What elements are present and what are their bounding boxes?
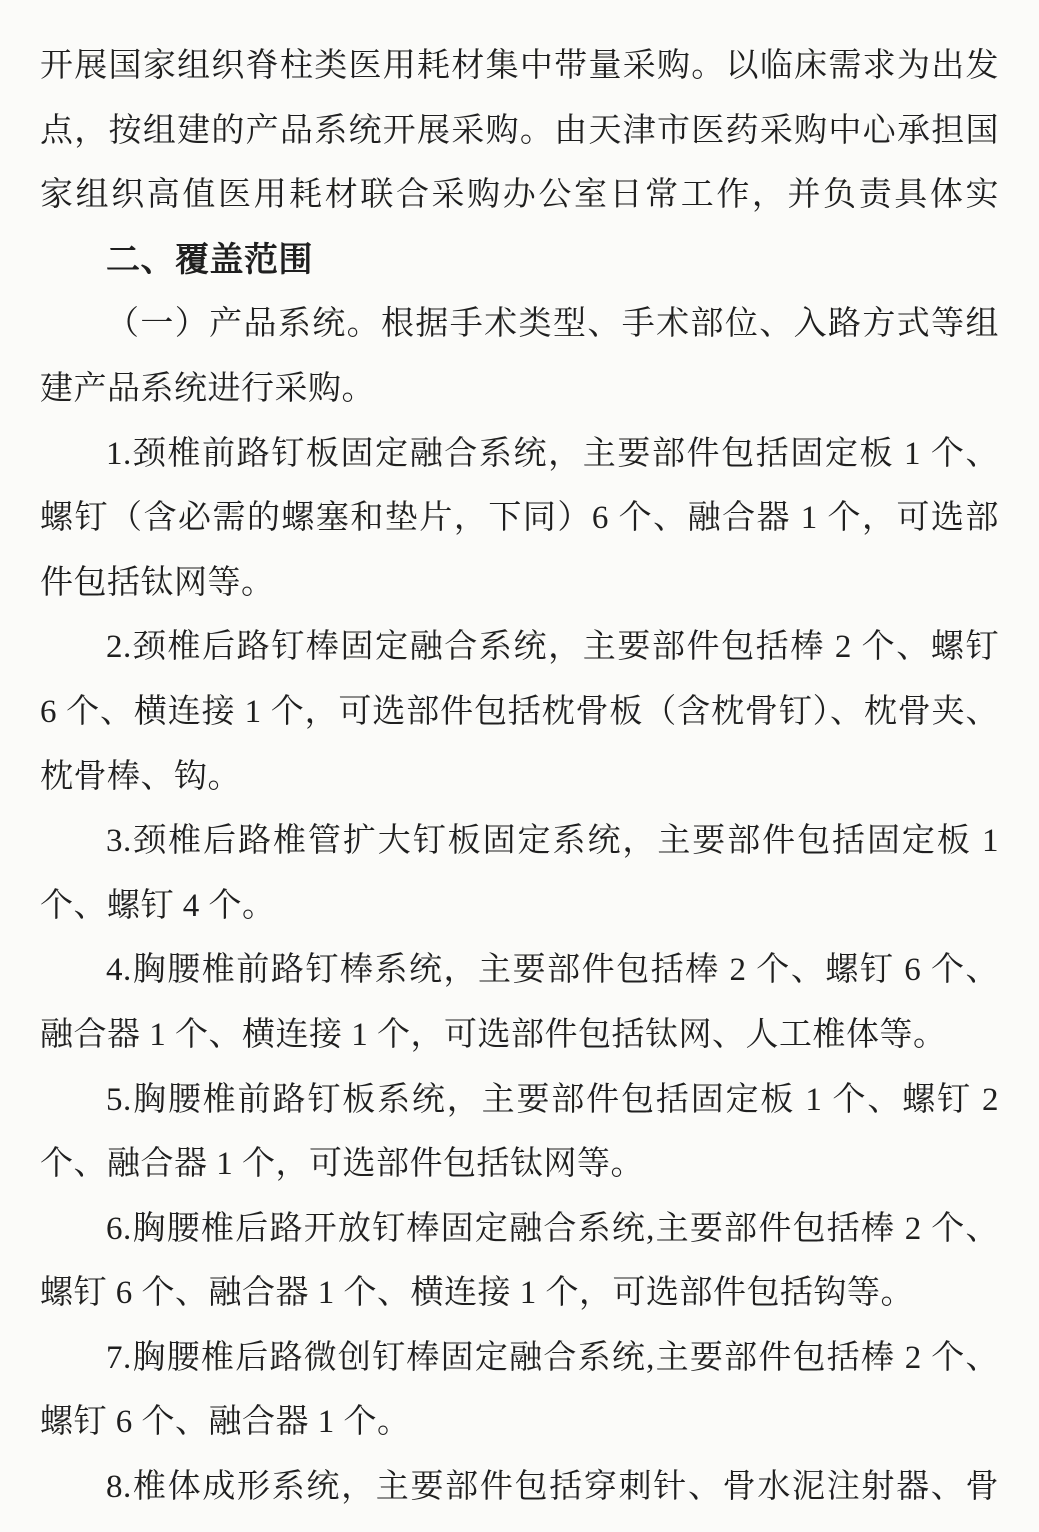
document-body: 开展国家组织脊柱类医用耗材集中带量采购。以临床需求为出发点，按组建的产品系统开展… bbox=[40, 34, 999, 1520]
text-line: 件包括钛网等。 bbox=[40, 551, 999, 616]
text-line: 融合器 1 个、横连接 1 个，可选部件包括钛网、人工椎体等。 bbox=[40, 1003, 999, 1068]
text-line: 家组织高值医用耗材联合采购办公室日常工作，并负责具体实施。 bbox=[40, 163, 999, 228]
text-line: 建产品系统进行采购。 bbox=[40, 357, 999, 422]
text-line: 螺钉（含必需的螺塞和垫片，下同）6 个、融合器 1 个，可选部 bbox=[40, 486, 999, 551]
text-line: 3.颈椎后路椎管扩大钉板固定系统，主要部件包括固定板 1 bbox=[40, 809, 999, 874]
text-line: 7.胸腰椎后路微创钉棒固定融合系统,主要部件包括棒 2 个、 bbox=[40, 1326, 999, 1391]
text-line: 个、螺钉 4 个。 bbox=[40, 874, 999, 939]
text-line: 点，按组建的产品系统开展采购。由天津市医药采购中心承担国 bbox=[40, 99, 999, 164]
text-line: 8.椎体成形系统，主要部件包括穿刺针、骨水泥注射器、骨 bbox=[40, 1455, 999, 1520]
text-line: 6 个、横连接 1 个，可选部件包括枕骨板（含枕骨钉）、枕骨夹、 bbox=[40, 680, 999, 745]
text-line: 6.胸腰椎后路开放钉棒固定融合系统,主要部件包括棒 2 个、 bbox=[40, 1197, 999, 1262]
text-line: 开展国家组织脊柱类医用耗材集中带量采购。以临床需求为出发 bbox=[40, 34, 999, 99]
text-line: 个、融合器 1 个，可选部件包括钛网等。 bbox=[40, 1132, 999, 1197]
section-heading: 二、覆盖范围 bbox=[40, 228, 999, 293]
document-page: 开展国家组织脊柱类医用耗材集中带量采购。以临床需求为出发点，按组建的产品系统开展… bbox=[0, 0, 1039, 1532]
text-line: 枕骨棒、钩。 bbox=[40, 745, 999, 810]
text-line: 4.胸腰椎前路钉棒系统，主要部件包括棒 2 个、螺钉 6 个、 bbox=[40, 938, 999, 1003]
text-line: 1.颈椎前路钉板固定融合系统，主要部件包括固定板 1 个、 bbox=[40, 422, 999, 487]
text-line: 5.胸腰椎前路钉板系统，主要部件包括固定板 1 个、螺钉 2 bbox=[40, 1068, 999, 1133]
text-line: 螺钉 6 个、融合器 1 个。 bbox=[40, 1390, 999, 1455]
text-line: 2.颈椎后路钉棒固定融合系统，主要部件包括棒 2 个、螺钉 bbox=[40, 615, 999, 680]
text-line: 螺钉 6 个、融合器 1 个、横连接 1 个，可选部件包括钩等。 bbox=[40, 1261, 999, 1326]
text-line: （一）产品系统。根据手术类型、手术部位、入路方式等组 bbox=[40, 292, 999, 357]
